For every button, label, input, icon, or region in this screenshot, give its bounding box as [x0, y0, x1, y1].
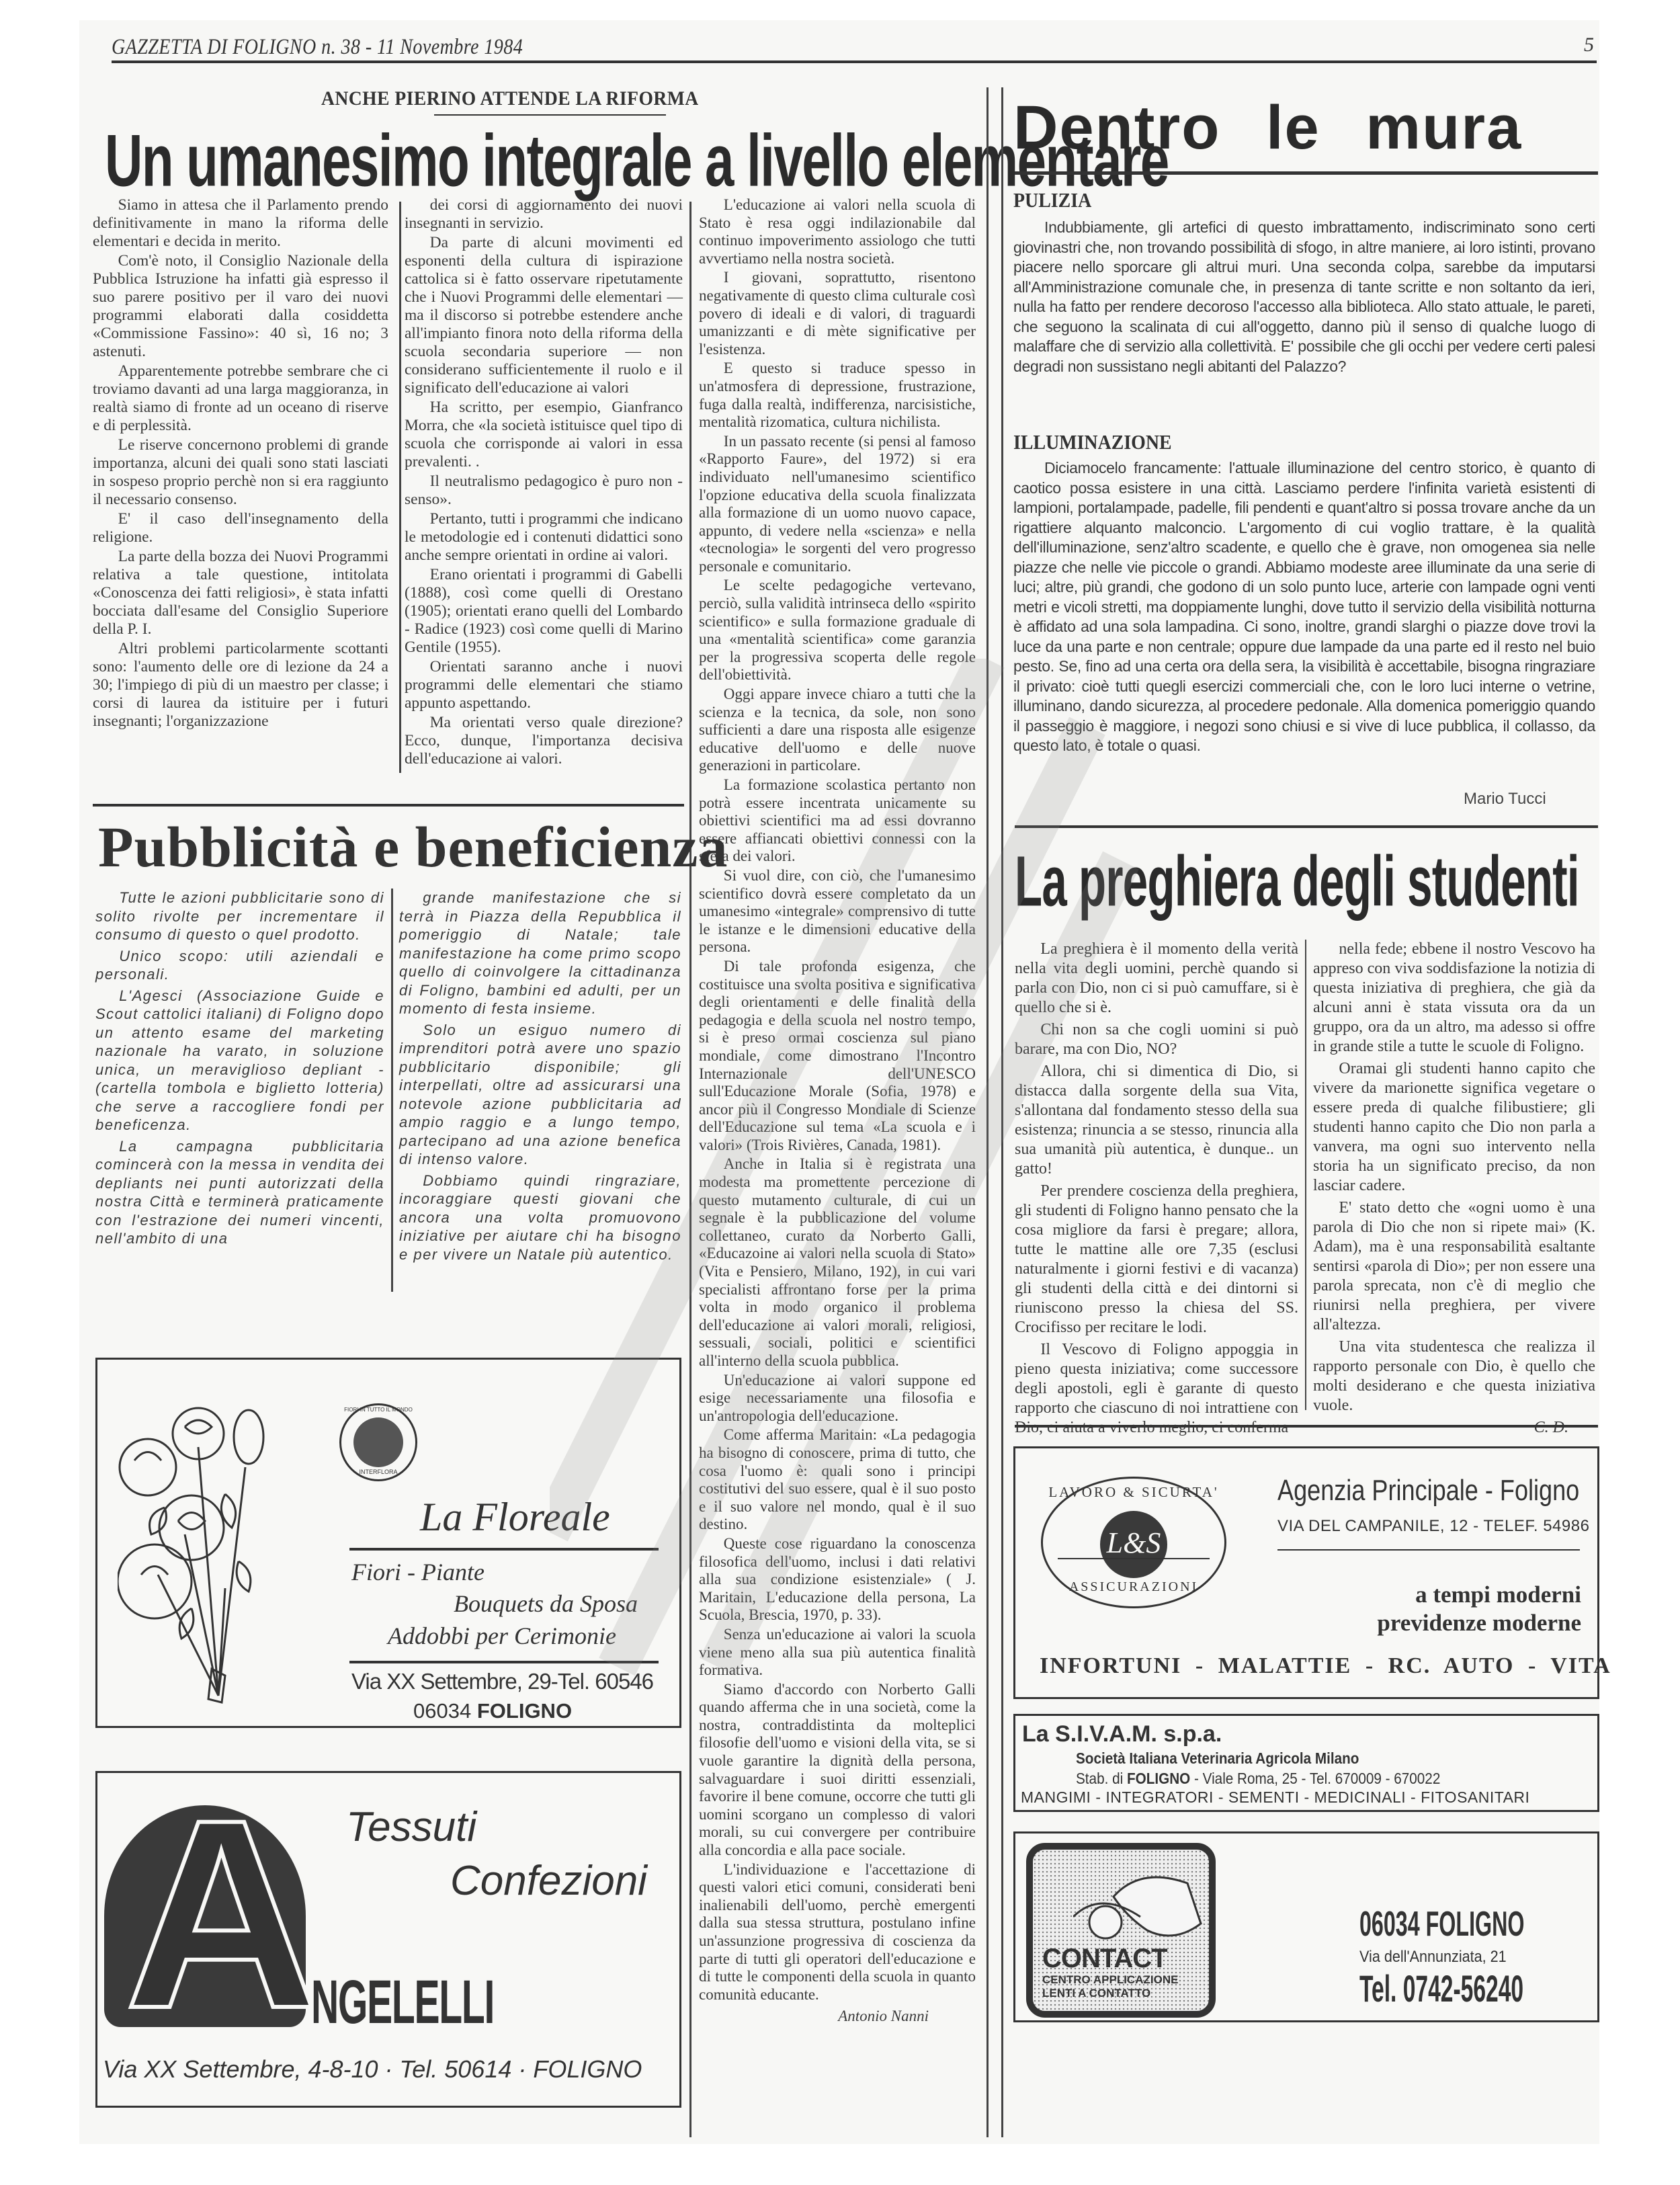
agency-address: VIA DEL CAMPANILE, 12 - TELEF. 54986 [1277, 1517, 1589, 1536]
paragraph: Dobbiamo quindi ringraziare, incoraggiar… [399, 1171, 681, 1264]
section-divider [986, 87, 989, 2137]
paragraph: Per prendere coscienza della preghiera, … [1015, 1182, 1298, 1337]
paragraph: Tutte le azioni pubblicitarie sono di so… [95, 889, 384, 944]
contact-logo-text: CONTACT [1042, 1944, 1167, 1974]
paragraph: E questo si traduce spesso in un'atmosfe… [699, 360, 976, 431]
slogan-line2: previdenze moderne [1377, 1610, 1581, 1637]
address-prefix: Stab. di [1076, 1770, 1127, 1787]
paragraph: Il Vescovo di Foligno appoggia in pieno … [1015, 1340, 1298, 1438]
paragraph: Ha scritto, per esempio, Gianfranco Morr… [405, 399, 683, 471]
paragraph: grande manifestazione che si terrà in Pi… [399, 889, 681, 1018]
section-rule [1015, 1425, 1598, 1428]
paragraph: I giovani, soprattutto, risentono negati… [699, 269, 976, 358]
column-divider [391, 889, 393, 1292]
postal-code: 06034 [413, 1699, 471, 1723]
ls-ring-top: LAVORO & SICURTA' [1043, 1484, 1224, 1501]
mercury-figure-icon [353, 1417, 403, 1467]
ls-logo-oval: LAVORO & SICURTA' L&S ASSICURAZIONI [1041, 1477, 1226, 1608]
roses-bouquet-icon [118, 1387, 319, 1716]
paragraph: nella fede; ebbene il nostro Vescovo ha … [1313, 940, 1595, 1057]
dentro-author: Mario Tucci [1464, 790, 1546, 809]
paragraph: Orientati saranno anche i nuovi programm… [405, 658, 683, 712]
paragraph: Senza un'educazione ai valori la scuola … [699, 1626, 976, 1680]
address-rest: - Viale Roma, 25 - Tel. 670009 - 670022 [1190, 1770, 1440, 1787]
paragraph: Com'è noto, il Consiglio Nazionale della… [93, 252, 388, 361]
paragraph: Pertanto, tutti i programmi che indicano… [405, 510, 683, 565]
sivam-full-name: Società Italiana Veterinaria Agricola Mi… [1076, 1749, 1359, 1768]
slogan-line1: a tempi moderni [1415, 1581, 1581, 1608]
paragraph: Indubbiamente, gli artefici di questo im… [1013, 218, 1595, 376]
badge-bottom-text: INTERFLORA [341, 1469, 415, 1475]
ls-ring-bottom: ASSICURAZIONI [1043, 1579, 1224, 1595]
agency-title: Agenzia Principale - Foligno [1277, 1474, 1579, 1508]
paragraph: Siamo d'accordo con Norberto Galli quand… [699, 1681, 976, 1860]
contact-address: Via dell'Annunziata, 21 [1359, 1948, 1507, 1967]
article-kicker: ANCHE PIERINO ATTENDE LA RIFORMA [321, 87, 699, 110]
kicker-underline [434, 114, 666, 116]
paragraph: L'Agesci (Associazione Guide e Scout cat… [95, 987, 384, 1135]
paragraph: Allora, chi si dimentica di Dio, si dist… [1015, 1062, 1298, 1179]
section-divider [1001, 87, 1003, 2137]
paragraph: L'educazione ai valori nella scuola di S… [699, 196, 976, 267]
contact-logo-panel: CONTACT CENTRO APPLICAZIONE LENTI A CONT… [1026, 1843, 1216, 2018]
paragraph: E' il caso dell'insegnamento della relig… [93, 510, 388, 546]
section-title-illuminazione: ILLUMINAZIONE [1013, 430, 1172, 454]
floreale-address: Via XX Settembre, 29-Tel. 60546 [351, 1669, 653, 1694]
paragraph: Chi non sa che cogli uomini si può barar… [1015, 1020, 1298, 1059]
pubblicita-column-1: Tutte le azioni pubblicitarie sono di so… [95, 889, 384, 1248]
masthead-title: GAZZETTA DI FOLIGNO n. 38 - 11 Novembre … [112, 35, 523, 60]
insurance-services: INFORTUNI - MALATTIE - RC. AUTO - VITA [1040, 1653, 1611, 1679]
column-divider [1305, 940, 1306, 1410]
paragraph: Anche in Italia si è registrata una mode… [699, 1155, 976, 1370]
angelelli-logo-a: A [124, 1786, 319, 2042]
paragraph: Il neutralismo pedagogico è puro non - s… [405, 472, 683, 509]
dentro-headline: Dentro le mura [1013, 93, 1522, 163]
paragraph: La parte della bozza dei Nuovi Programmi… [93, 548, 388, 638]
ad-rule [349, 1548, 659, 1551]
contact-sub2: LENTI A CONTATTO [1042, 1987, 1150, 2000]
ad-rule [349, 1661, 659, 1663]
paragraph: La campagna pubblicitaria comincerà con … [95, 1137, 384, 1248]
masthead-rule [112, 60, 1597, 63]
sivam-products: MANGIMI - INTEGRATORI - SEMENTI - MEDICI… [1021, 1788, 1529, 1807]
section-rule [1015, 825, 1598, 828]
floreale-line2: Bouquets da Sposa [454, 1590, 638, 1618]
paragraph: Oggi appare invece chiaro a tutti che la… [699, 686, 976, 775]
paragraph: Diciamocelo francamente: l'attuale illum… [1013, 458, 1595, 756]
paragraph: Ma orientati verso quale direzione? Ecco… [405, 714, 683, 768]
paragraph: Erano orientati i programmi di Gabelli (… [405, 566, 683, 657]
paragraph: Siamo in attesa che il Parlamento prendo… [93, 196, 388, 251]
paragraph: Unico scopo: utili aziendali e personali… [95, 947, 384, 984]
angelelli-address: Via XX Settembre, 4-8-10 · Tel. 50614 · … [103, 2055, 642, 2084]
ls-monogram: L&S [1100, 1526, 1167, 1560]
article-column-2: dei corsi di aggiornamento dei nuovi ins… [405, 196, 683, 768]
preghiera-column-1: La preghiera è il momento della verità n… [1015, 940, 1298, 1438]
article-author: Antonio Nanni [699, 2008, 976, 2026]
badge-ring-text: FIORI IN TUTTO IL MONDO [341, 1407, 415, 1413]
paragraph: Queste cose riguardano la conoscenza fil… [699, 1535, 976, 1624]
paragraph: Di tale profonda esigenza, che costituis… [699, 958, 976, 1155]
address-city: FOLIGNO [1127, 1770, 1190, 1787]
pubblicita-headline: Pubblicità e beneficienza [98, 813, 728, 880]
section-rule [93, 804, 684, 807]
ad-angelelli: A NGELELLI Tessuti Confezioni Via XX Set… [95, 1771, 681, 2108]
paragraph: dei corsi di aggiornamento dei nuovi ins… [405, 196, 683, 233]
paragraph: Altri problemi particolarmente scottanti… [93, 640, 388, 731]
paragraph: Da parte di alcuni movimenti ed esponent… [405, 234, 683, 397]
paragraph: Le scelte pedagogiche vertevano, perciò,… [699, 577, 976, 684]
ad-la-floreale: FIORI IN TUTTO IL MONDO INTERFLORA La Fl… [95, 1358, 681, 1728]
ad-sivam: La S.I.V.A.M. s.p.a. Società Italiana Ve… [1013, 1714, 1599, 1812]
floreale-city: 06034 FOLIGNO [413, 1699, 572, 1723]
paragraph: La formazione scolastica pertanto non po… [699, 776, 976, 866]
contact-sub1: CENTRO APPLICAZIONE [1042, 1973, 1178, 1987]
floreale-line1: Fiori - Piante [351, 1558, 485, 1586]
section-title-pulizia: PULIZIA [1013, 188, 1091, 212]
ad-lavoro-sicurta: LAVORO & SICURTA' L&S ASSICURAZIONI Agen… [1013, 1446, 1599, 1699]
contact-city: 06034 FOLIGNO [1359, 1904, 1524, 1944]
preghiera-headline: La preghiera degli studenti [1015, 841, 1579, 923]
column-divider [399, 202, 401, 773]
ad-rule [1277, 1549, 1580, 1551]
logo-rule [1058, 1558, 1210, 1559]
angelelli-line2: Confezioni [450, 1857, 647, 1905]
sivam-name: La S.I.V.A.M. s.p.a. [1022, 1721, 1222, 1747]
newspaper-page: GAZZETTA DI FOLIGNO n. 38 - 11 Novembre … [79, 20, 1599, 2144]
paragraph: Come afferma Maritain: «La pedagogia ha … [699, 1426, 976, 1534]
city-name: FOLIGNO [477, 1699, 572, 1723]
pubblicita-column-2: grande manifestazione che si terrà in Pi… [399, 889, 681, 1264]
preghiera-column-2: nella fede; ebbene il nostro Vescovo ha … [1313, 940, 1595, 1438]
paragraph: In un passato recente (si pensi al famos… [699, 433, 976, 576]
paragraph: Si vuol dire, con ciò, che l'umanesimo s… [699, 867, 976, 956]
paragraph: Apparentemente potrebbe sembrare che ci … [93, 362, 388, 435]
floreale-line3: Addobbi per Cerimonie [388, 1622, 616, 1650]
paragraph: Le riserve concernono problemi di grande… [93, 436, 388, 509]
paragraph: La preghiera è il momento della verità n… [1015, 940, 1298, 1018]
ad-contact: CONTACT CENTRO APPLICAZIONE LENTI A CONT… [1013, 1831, 1599, 2022]
article-headline: Un umanesimo integrale a livello element… [105, 120, 1169, 204]
paragraph: L'individuazione e l'accettazione di que… [699, 1861, 976, 2004]
paragraph: Oramai gli studenti hanno capito che viv… [1313, 1059, 1595, 1196]
paragraph: E' stato detto che «ogni uomo è una paro… [1313, 1198, 1595, 1335]
paragraph: Una vita studentesca che realizza il rap… [1313, 1337, 1595, 1415]
article-column-1: Siamo in attesa che il Parlamento prendo… [93, 196, 388, 731]
floreale-name: La Floreale [420, 1494, 610, 1540]
paragraph: Solo un esiguo numero di imprenditori po… [399, 1021, 681, 1169]
preghiera-author: C. D. [1313, 1418, 1595, 1438]
sivam-address: Stab. di FOLIGNO - Viale Roma, 25 - Tel.… [1076, 1770, 1440, 1788]
angelelli-logo-text: NGELELLI [311, 1971, 494, 2033]
column-divider [689, 202, 691, 2137]
angelelli-line1: Tessuti [346, 1803, 476, 1851]
contact-phone: Tel. 0742-56240 [1359, 1967, 1523, 2010]
page-number: 5 [1584, 34, 1594, 56]
article-column-3: L'educazione ai valori nella scuola di S… [699, 196, 976, 2026]
headline-rule [1015, 171, 1598, 175]
interflora-badge: FIORI IN TUTTO IL MONDO INTERFLORA [339, 1403, 417, 1481]
illuminazione-body: Diciamocelo francamente: l'attuale illum… [1013, 458, 1595, 756]
pulizia-body: Indubbiamente, gli artefici di questo im… [1013, 218, 1595, 376]
paragraph: Un'educazione ai valori suppone ed esige… [699, 1372, 976, 1426]
